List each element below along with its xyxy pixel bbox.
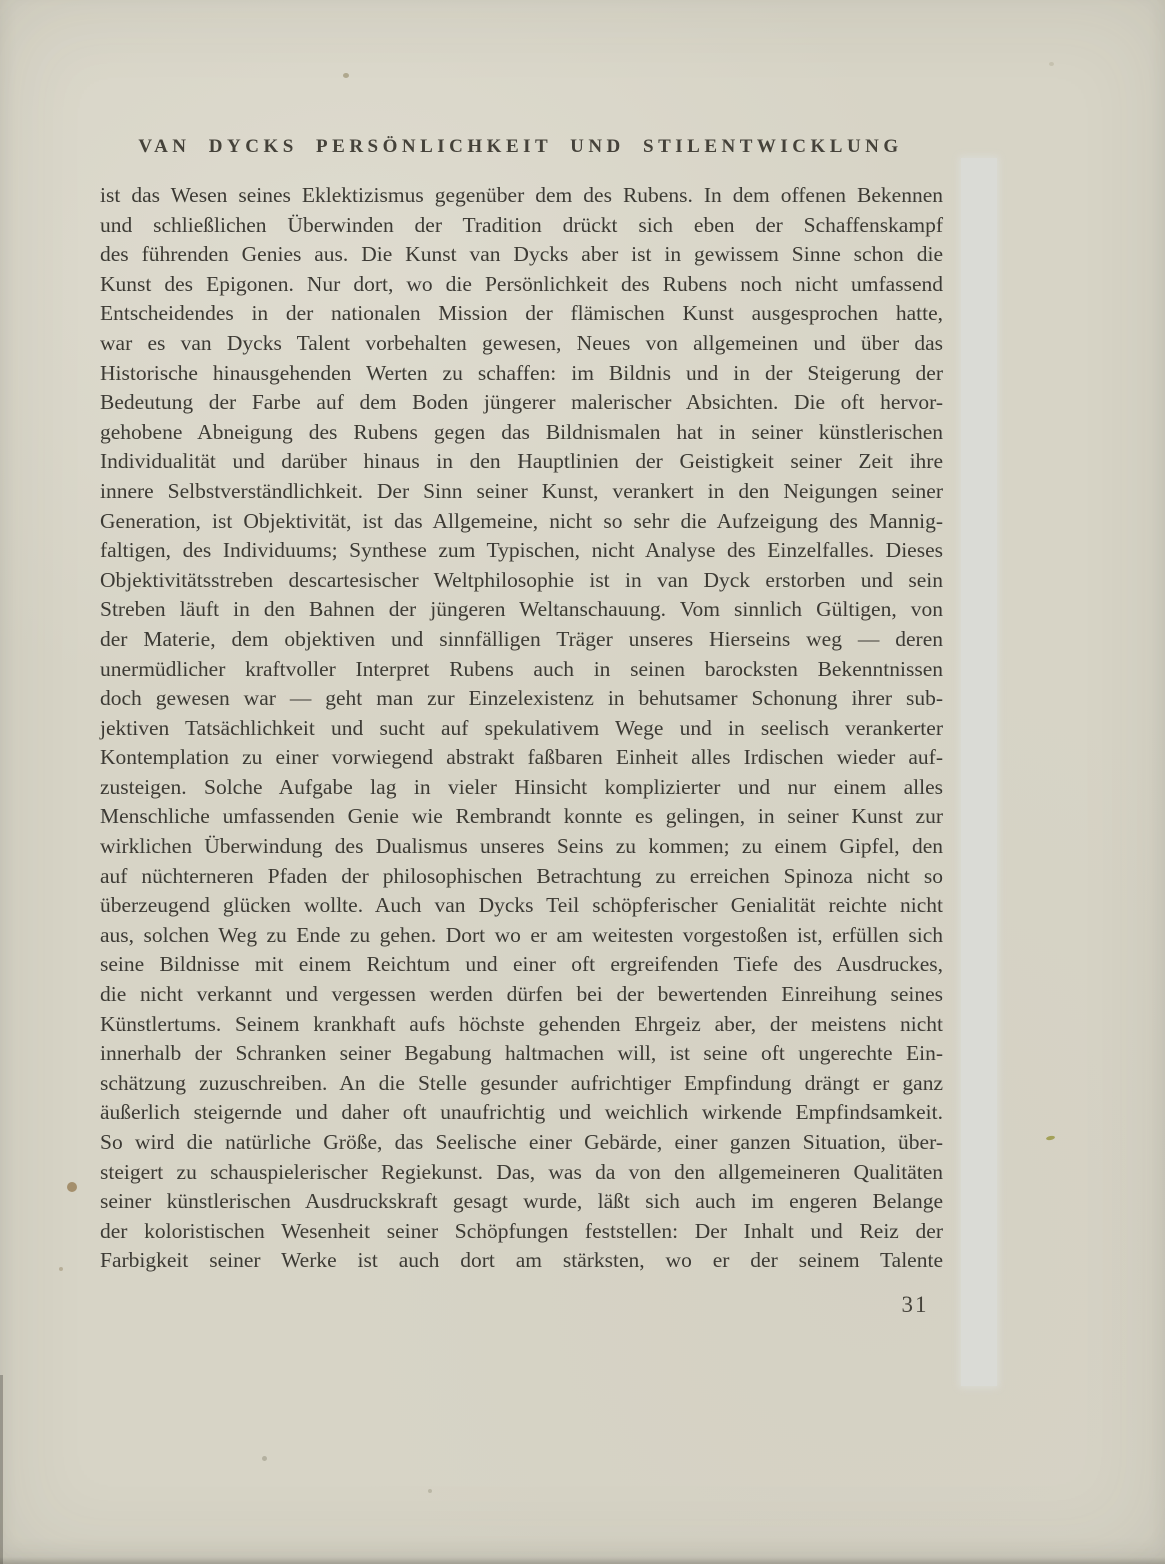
text-line: steigert zu schauspielerischer Regiekuns… bbox=[100, 1158, 943, 1188]
text-line: Bedeutung der Farbe auf dem Boden jünger… bbox=[100, 388, 943, 418]
paper-speck bbox=[59, 1267, 63, 1271]
text-line: innerhalb der Schranken seiner Begabung … bbox=[100, 1039, 943, 1069]
text-line: doch gewesen war — geht man zur Einzelex… bbox=[100, 684, 943, 714]
text-line: gehobene Abneigung des Rubens gegen das … bbox=[100, 418, 943, 448]
text-line: der Materie, dem objektiven und sinnfäll… bbox=[100, 625, 943, 655]
running-title: VAN DYCKS PERSÖNLICHKEIT UND STILENTWICK… bbox=[98, 136, 943, 158]
text-line: Farbigkeit seiner Werke ist auch dort am… bbox=[100, 1246, 943, 1276]
paper-speck bbox=[1049, 62, 1054, 66]
text-line: auf nüchterneren Pfaden der philosophisc… bbox=[100, 862, 943, 892]
text-line: war es van Dycks Talent vorbehalten gewe… bbox=[100, 329, 943, 359]
foxing-spot bbox=[67, 1182, 77, 1192]
text-line: Individualität und darüber hinaus in den… bbox=[100, 447, 943, 477]
text-line: jektiven Tatsächlichkeit und sucht auf s… bbox=[100, 714, 943, 744]
scanned-book-page: VAN DYCKS PERSÖNLICHKEIT UND STILENTWICK… bbox=[0, 0, 1165, 1564]
text-line: der koloristischen Wesenheit seiner Schö… bbox=[100, 1217, 943, 1247]
text-line: wirklichen Überwindung des Dualismus uns… bbox=[100, 832, 943, 862]
text-line: Historische hinausgehenden Werten zu sch… bbox=[100, 359, 943, 389]
text-line: ist das Wesen seines Eklektizismus gegen… bbox=[100, 181, 943, 211]
text-line: unermüdlicher kraftvoller Interpret Rube… bbox=[100, 655, 943, 685]
text-line: zusteigen. Solche Aufgabe lag in vieler … bbox=[100, 773, 943, 803]
text-line: Streben läuft in den Bahnen der jüngeren… bbox=[100, 595, 943, 625]
text-line: seine Bildnisse mit einem Reichtum und e… bbox=[100, 950, 943, 980]
paper-speck bbox=[343, 73, 349, 78]
text-line: aus, solchen Weg zu Ende zu gehen. Dort … bbox=[100, 921, 943, 951]
scan-edge-shadow bbox=[0, 1557, 1165, 1564]
text-line: innere Selbstverständlichkeit. Der Sinn … bbox=[100, 477, 943, 507]
text-line: und schließlichen Überwinden der Traditi… bbox=[100, 211, 943, 241]
page-number: 31 bbox=[880, 1292, 950, 1318]
text-line: Menschliche umfassenden Genie wie Rembra… bbox=[100, 802, 943, 832]
scan-edge-shadow bbox=[0, 1375, 3, 1564]
text-line: die nicht verkannt und vergessen werden … bbox=[100, 980, 943, 1010]
text-line: schätzung zuzuschreiben. An die Stelle g… bbox=[100, 1069, 943, 1099]
text-line: Kunst des Epigonen. Nur dort, wo die Per… bbox=[100, 270, 943, 300]
tissue-guard-strip bbox=[961, 158, 997, 1386]
text-line: Kontemplation zu einer vorwiegend abstra… bbox=[100, 743, 943, 773]
text-line: Künstlertums. Seinem krankhaft aufs höch… bbox=[100, 1010, 943, 1040]
paragraph: ist das Wesen seines Eklektizismus gegen… bbox=[100, 181, 943, 1276]
text-line: So wird die natürliche Größe, das Seelis… bbox=[100, 1128, 943, 1158]
text-line: überzeugend glücken wollte. Auch van Dyc… bbox=[100, 891, 943, 921]
text-line: faltigen, des Individuums; Synthese zum … bbox=[100, 536, 943, 566]
text-line: äußerlich steigernde und daher oft unauf… bbox=[100, 1098, 943, 1128]
paper-speck bbox=[262, 1456, 267, 1461]
text-line: Entscheidendes in der nationalen Mission… bbox=[100, 299, 943, 329]
text-line: Objektivitätsstreben descartesischer Wel… bbox=[100, 566, 943, 596]
text-line: Generation, ist Objektivität, ist das Al… bbox=[100, 507, 943, 537]
paper-speck bbox=[428, 1489, 432, 1493]
text-line: des führenden Genies aus. Die Kunst van … bbox=[100, 240, 943, 270]
paper-speck bbox=[1046, 1135, 1056, 1141]
text-line: seiner künstlerischen Ausdruckskraft ges… bbox=[100, 1187, 943, 1217]
